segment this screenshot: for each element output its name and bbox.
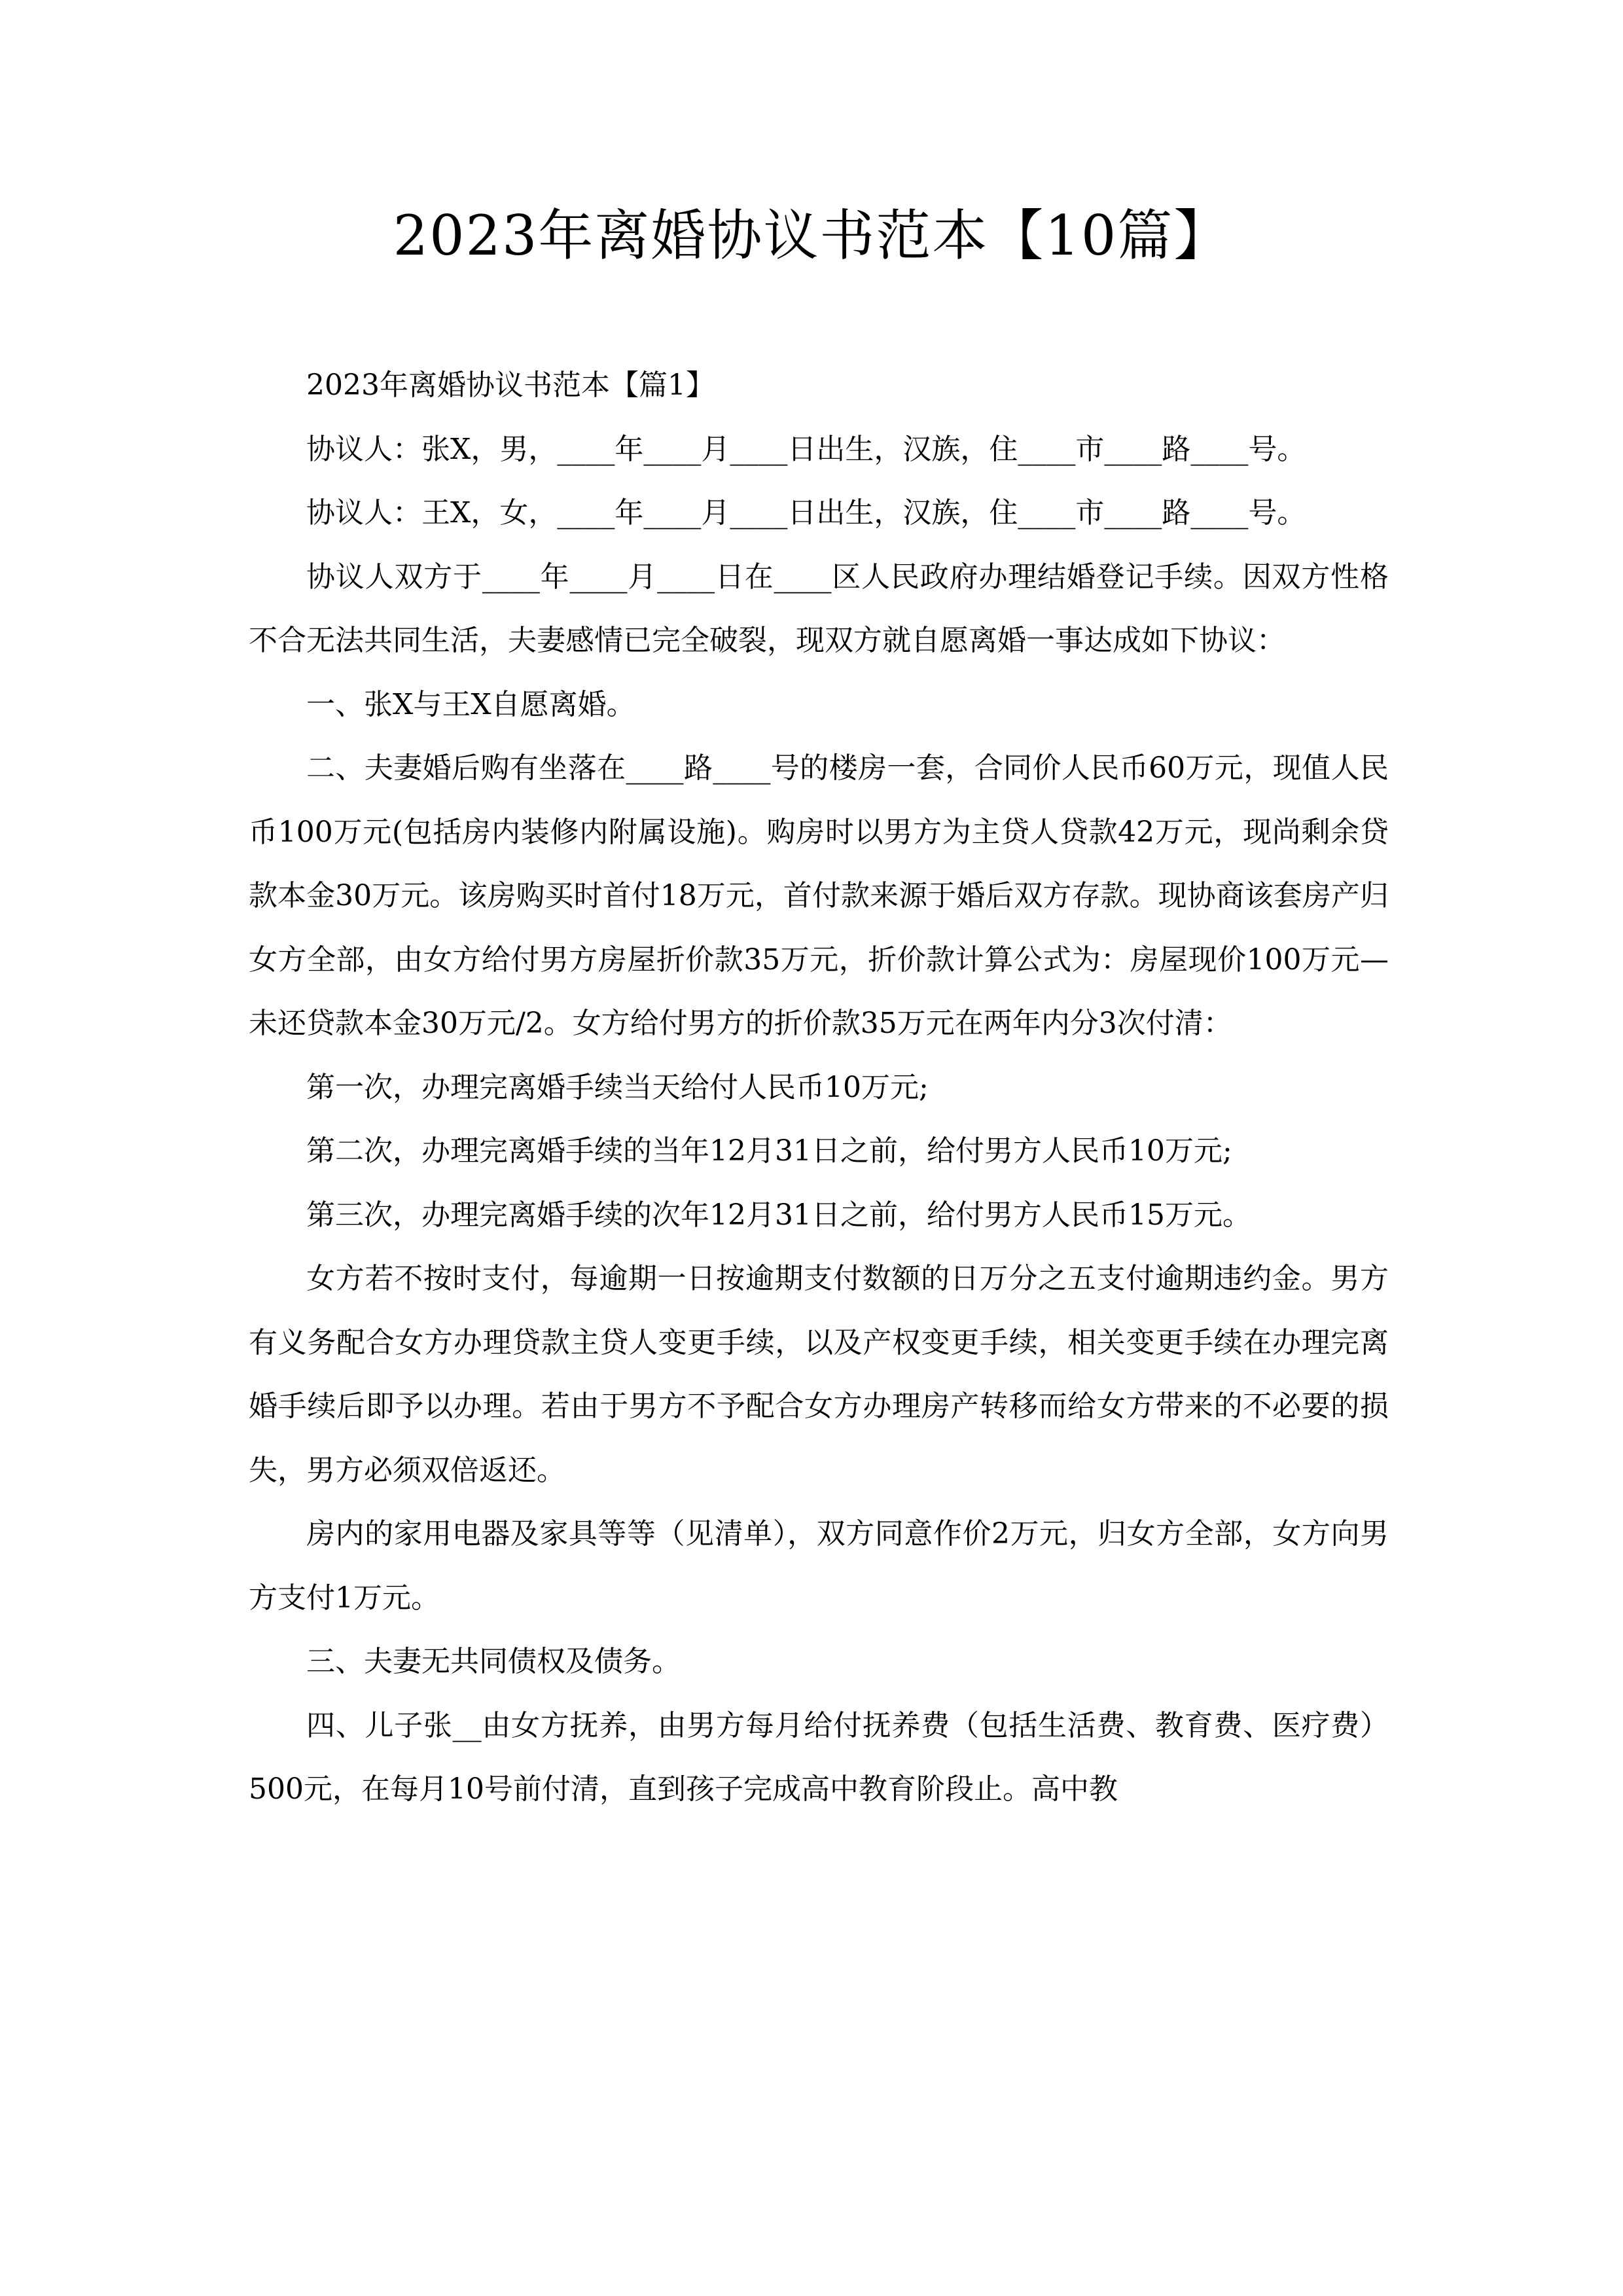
document-title: 2023年离婚协议书范本【10篇】 [0,200,1623,272]
paragraph-party-1: 协议人：张X，男，____年____月____日出生，汉族，住____市____… [249,418,1389,482]
paragraph-marriage-registration: 协议人双方于____年____月____日在____区人民政府办理结婚登记手续。… [249,545,1389,673]
payment-1: 第一次，办理完离婚手续当天给付人民币10万元; [249,1056,1389,1120]
document-body: 2023年离婚协议书范本【篇1】 协议人：张X，男，____年____月____… [249,353,1389,1821]
paragraph-late-payment: 女方若不按时支付，每逾期一日按逾期支付数额的日万分之五支付逾期违约金。男方有义务… [249,1247,1389,1502]
paragraph-appliances: 房内的家用电器及家具等等（见清单），双方同意作价2万元，归女方全部，女方向男方支… [249,1502,1389,1630]
clause-4-custody: 四、儿子张__由女方抚养，由男方每月给付抚养费（包括生活费、教育费、医疗费）50… [249,1694,1389,1821]
document-page: 2023年离婚协议书范本【10篇】 2023年离婚协议书范本【篇1】 协议人：张… [0,0,1623,2296]
clause-3-debts: 三、夫妻无共同债权及债务。 [249,1630,1389,1694]
paragraph-party-2: 协议人：王X，女，____年____月____日出生，汉族，住____市____… [249,481,1389,545]
section-heading: 2023年离婚协议书范本【篇1】 [249,353,1389,418]
clause-2-property: 二、夫妻婚后购有坐落在____路____号的楼房一套，合同价人民币60万元，现值… [249,736,1389,1056]
payment-3: 第三次，办理完离婚手续的次年12月31日之前，给付男方人民币15万元。 [249,1183,1389,1247]
payment-2: 第二次，办理完离婚手续的当年12月31日之前，给付男方人民币10万元; [249,1119,1389,1183]
clause-1: 一、张X与王X自愿离婚。 [249,673,1389,737]
